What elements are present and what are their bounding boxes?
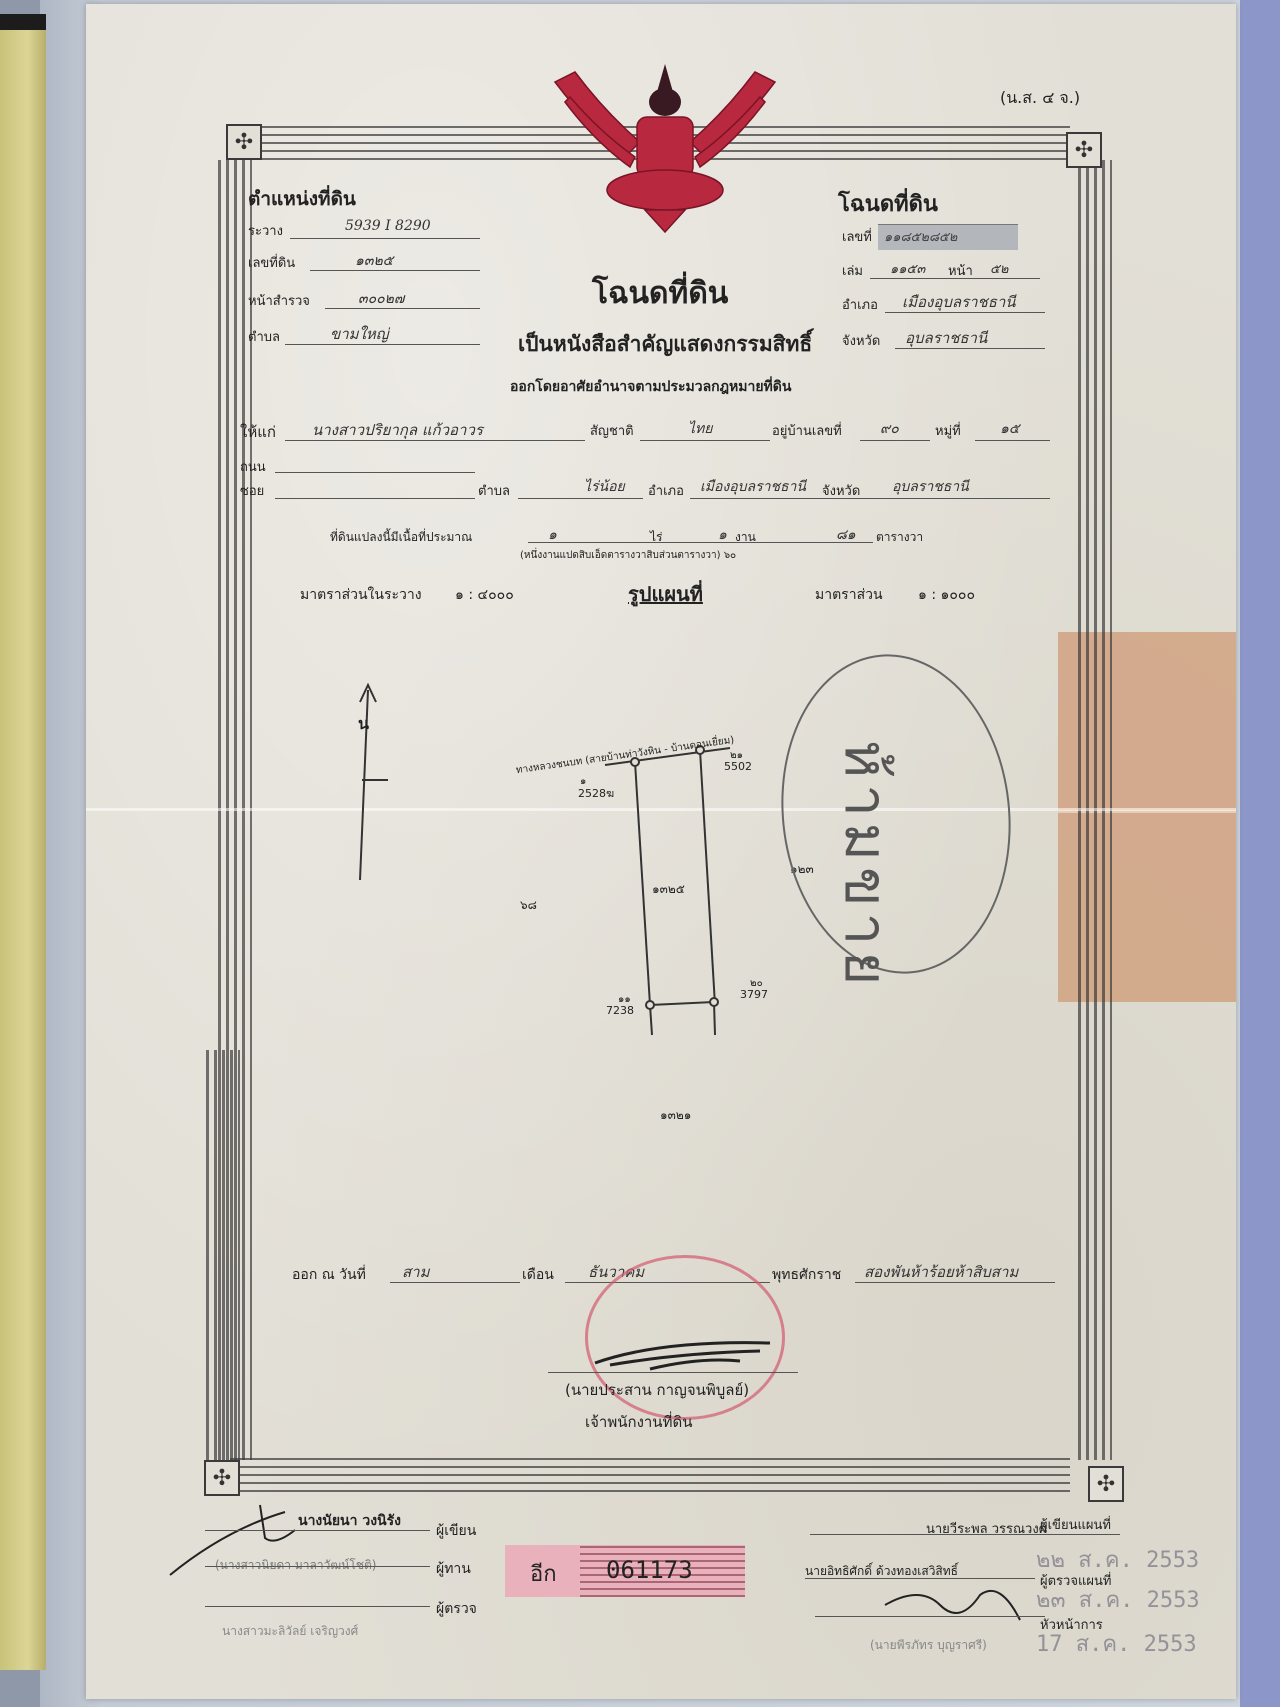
security-border-left-lower [206, 1050, 240, 1460]
point-code: 3797 [740, 988, 768, 1001]
point-code: 2528ฆ [578, 784, 614, 802]
date-stamp: ๒๓ ส.ค. 2553 [1036, 1582, 1200, 1617]
signatory-name: นายวีระพล วรรณวงศ์ [926, 1518, 1047, 1539]
underline [325, 308, 480, 309]
field-value: 5939 I 8290 [345, 218, 431, 234]
field-label: เลขที่ [842, 226, 872, 247]
field-label: อำเภอ [842, 294, 878, 315]
field-value: ๕๒ [990, 258, 1008, 279]
issue-year: สองพันห้าร้อยห้าสิบสาม [864, 1260, 1018, 1284]
month-label: เดือน [522, 1264, 554, 1286]
label-house-no: อยู่บ้านเลขที่ [772, 420, 842, 441]
north-label: น [358, 712, 369, 737]
area-ngan-label: งาน [735, 528, 756, 547]
underline [310, 270, 480, 271]
document-subtitle: เป็นหนังสือสำคัญแสดงกรรมสิทธิ์ [518, 328, 812, 361]
field-label: เล่ม [842, 260, 863, 281]
bottom-parcel: ๑๓๒๑ [660, 1106, 691, 1125]
underline [640, 440, 770, 441]
label-moo: หมู่ที่ [935, 420, 961, 441]
survey-scale-label: มาตราส่วนในระวาง [300, 584, 422, 606]
parcel-number: ๑๓๒๕ [652, 880, 685, 899]
underline [285, 344, 480, 345]
underline [975, 440, 1050, 441]
field-value: ๑๑๘๕๒๘๕๒ [884, 226, 957, 247]
handwritten-note: ห้ามขาย [820, 740, 913, 991]
survey-scale: ๑ : ๔๐๐๐ [455, 584, 514, 606]
signatory-name: นางนัยนา วงนิรัง [298, 1510, 401, 1532]
field-value: ๑๓๒๕ [355, 250, 393, 272]
underline [518, 498, 643, 499]
area-sqwa-label: ตารางวา [876, 528, 923, 547]
signatory-role: ผู้เขียน [436, 1520, 476, 1542]
underline [885, 312, 1045, 313]
tambon: ไร่น้อย [584, 476, 625, 498]
signatory-name: นางสาวมะลิวัลย์ เจริญวงศ์ [222, 1622, 358, 1641]
garuda-emblem-icon [545, 62, 785, 240]
underline [275, 498, 475, 499]
parcel-map [300, 640, 800, 1060]
field-value: ๑๑๕๓ [890, 258, 925, 279]
signatory-role: ผู้เขียนแผนที่ [1040, 1514, 1111, 1535]
ornament-corner-icon: ✣ [1088, 1466, 1124, 1502]
signatory-name: (นายพีรภัทร บุญราศรี) [870, 1636, 987, 1655]
officer-signature [590, 1335, 780, 1375]
area-label: ที่ดินแปลงนี้มีเนื้อที่ประมาณ [330, 528, 472, 547]
field-value: เมืองอุบลราชธานี [902, 290, 1016, 314]
blue-background-edge [1240, 0, 1280, 1707]
security-border-bottom [230, 1458, 1070, 1492]
underline [528, 542, 873, 543]
year-label: พุทธศักราช [772, 1264, 841, 1286]
area-note: (หนึ่งงานแปดสิบเอ็ดตารางวาสิบส่วนตารางวา… [520, 548, 736, 563]
underline [275, 472, 475, 473]
field-value: ขามใหญ่ [330, 322, 389, 346]
label-road: ถนน [240, 456, 266, 477]
house-no: ๙๐ [880, 418, 899, 440]
owner-name: นางสาวปริยากุล แก้วอาวร [312, 418, 483, 442]
province: อุบลราชธานี [892, 476, 969, 498]
map-heading: รูปแผนที่ [628, 578, 703, 610]
label-nationality: สัญชาติ [590, 420, 634, 441]
underline [810, 1534, 1120, 1535]
signature-scribble [880, 1575, 1030, 1630]
underline [205, 1606, 430, 1607]
underline [285, 440, 585, 441]
map-scale: ๑ : ๑๐๐๐ [918, 584, 975, 606]
label-to: ให้แก่ [240, 420, 276, 444]
nationality: ไทย [688, 418, 712, 440]
signatory-role: ผู้ตรวจ [436, 1598, 477, 1620]
point-code: 5502 [724, 760, 752, 773]
ornament-corner-icon: ✣ [226, 124, 262, 160]
officer-title: เจ้าพนักงานที่ดิน [585, 1410, 692, 1434]
issue-day: สาม [402, 1260, 429, 1284]
map-scale-label: มาตราส่วน [815, 584, 883, 606]
field-value: อุบลราชธานี [905, 326, 987, 350]
label-tambon: ตำบล [478, 480, 510, 501]
amphoe: เมืองอุบลราชธานี [700, 476, 806, 498]
field-label: จังหวัด [842, 330, 880, 351]
issued-on-label: ออก ณ วันที่ [292, 1264, 366, 1286]
underline [895, 348, 1045, 349]
yellow-folder [0, 30, 46, 1670]
area-rai-label: ไร่ [650, 528, 662, 547]
ornament-corner-icon: ✣ [204, 1460, 240, 1496]
underline [290, 238, 480, 239]
field-label: หน้าสำรวจ [248, 290, 310, 311]
underline [205, 1530, 430, 1531]
officer-name: (นายประสาน กาญจนพิบูลย์) [565, 1378, 749, 1402]
serial-prefix: อีก [530, 1556, 557, 1591]
form-code: (น.ส. ๔ จ.) [1000, 86, 1080, 111]
label-soi: ซอย [240, 480, 264, 501]
field-label: เลขที่ดิน [248, 252, 295, 273]
left-parcel: ๖๘ [520, 896, 537, 915]
underline [390, 1282, 520, 1283]
moo: ๑๕ [1000, 418, 1019, 440]
serial-number: 061173 [606, 1556, 693, 1584]
underline [860, 440, 930, 441]
label-amphoe: อำเภอ [648, 480, 684, 501]
field-label: ระวาง [248, 220, 283, 241]
field-label: ตำบล [248, 326, 280, 347]
underline [870, 278, 1040, 279]
deed-info-heading: โฉนดที่ดิน [838, 186, 938, 221]
underline [815, 1616, 1045, 1617]
ornament-corner-icon: ✣ [1066, 132, 1102, 168]
issued-under-law: ออกโดยอาศัยอำนาจตามประมวลกฎหมายที่ดิน [510, 376, 791, 398]
land-location-heading: ตำแหน่งที่ดิน [248, 184, 356, 214]
underline [690, 498, 1050, 499]
document-title: โฉนดที่ดิน [592, 270, 728, 317]
underline [548, 1372, 798, 1373]
field-value: ๓๐๐๒๗ [358, 288, 404, 310]
underline [205, 1566, 430, 1567]
date-stamp: 17 ส.ค. 2553 [1036, 1626, 1197, 1661]
underline [855, 1282, 1055, 1283]
point-code: 7238 [606, 1004, 634, 1017]
signatory-role: ผู้ทาน [436, 1558, 471, 1580]
